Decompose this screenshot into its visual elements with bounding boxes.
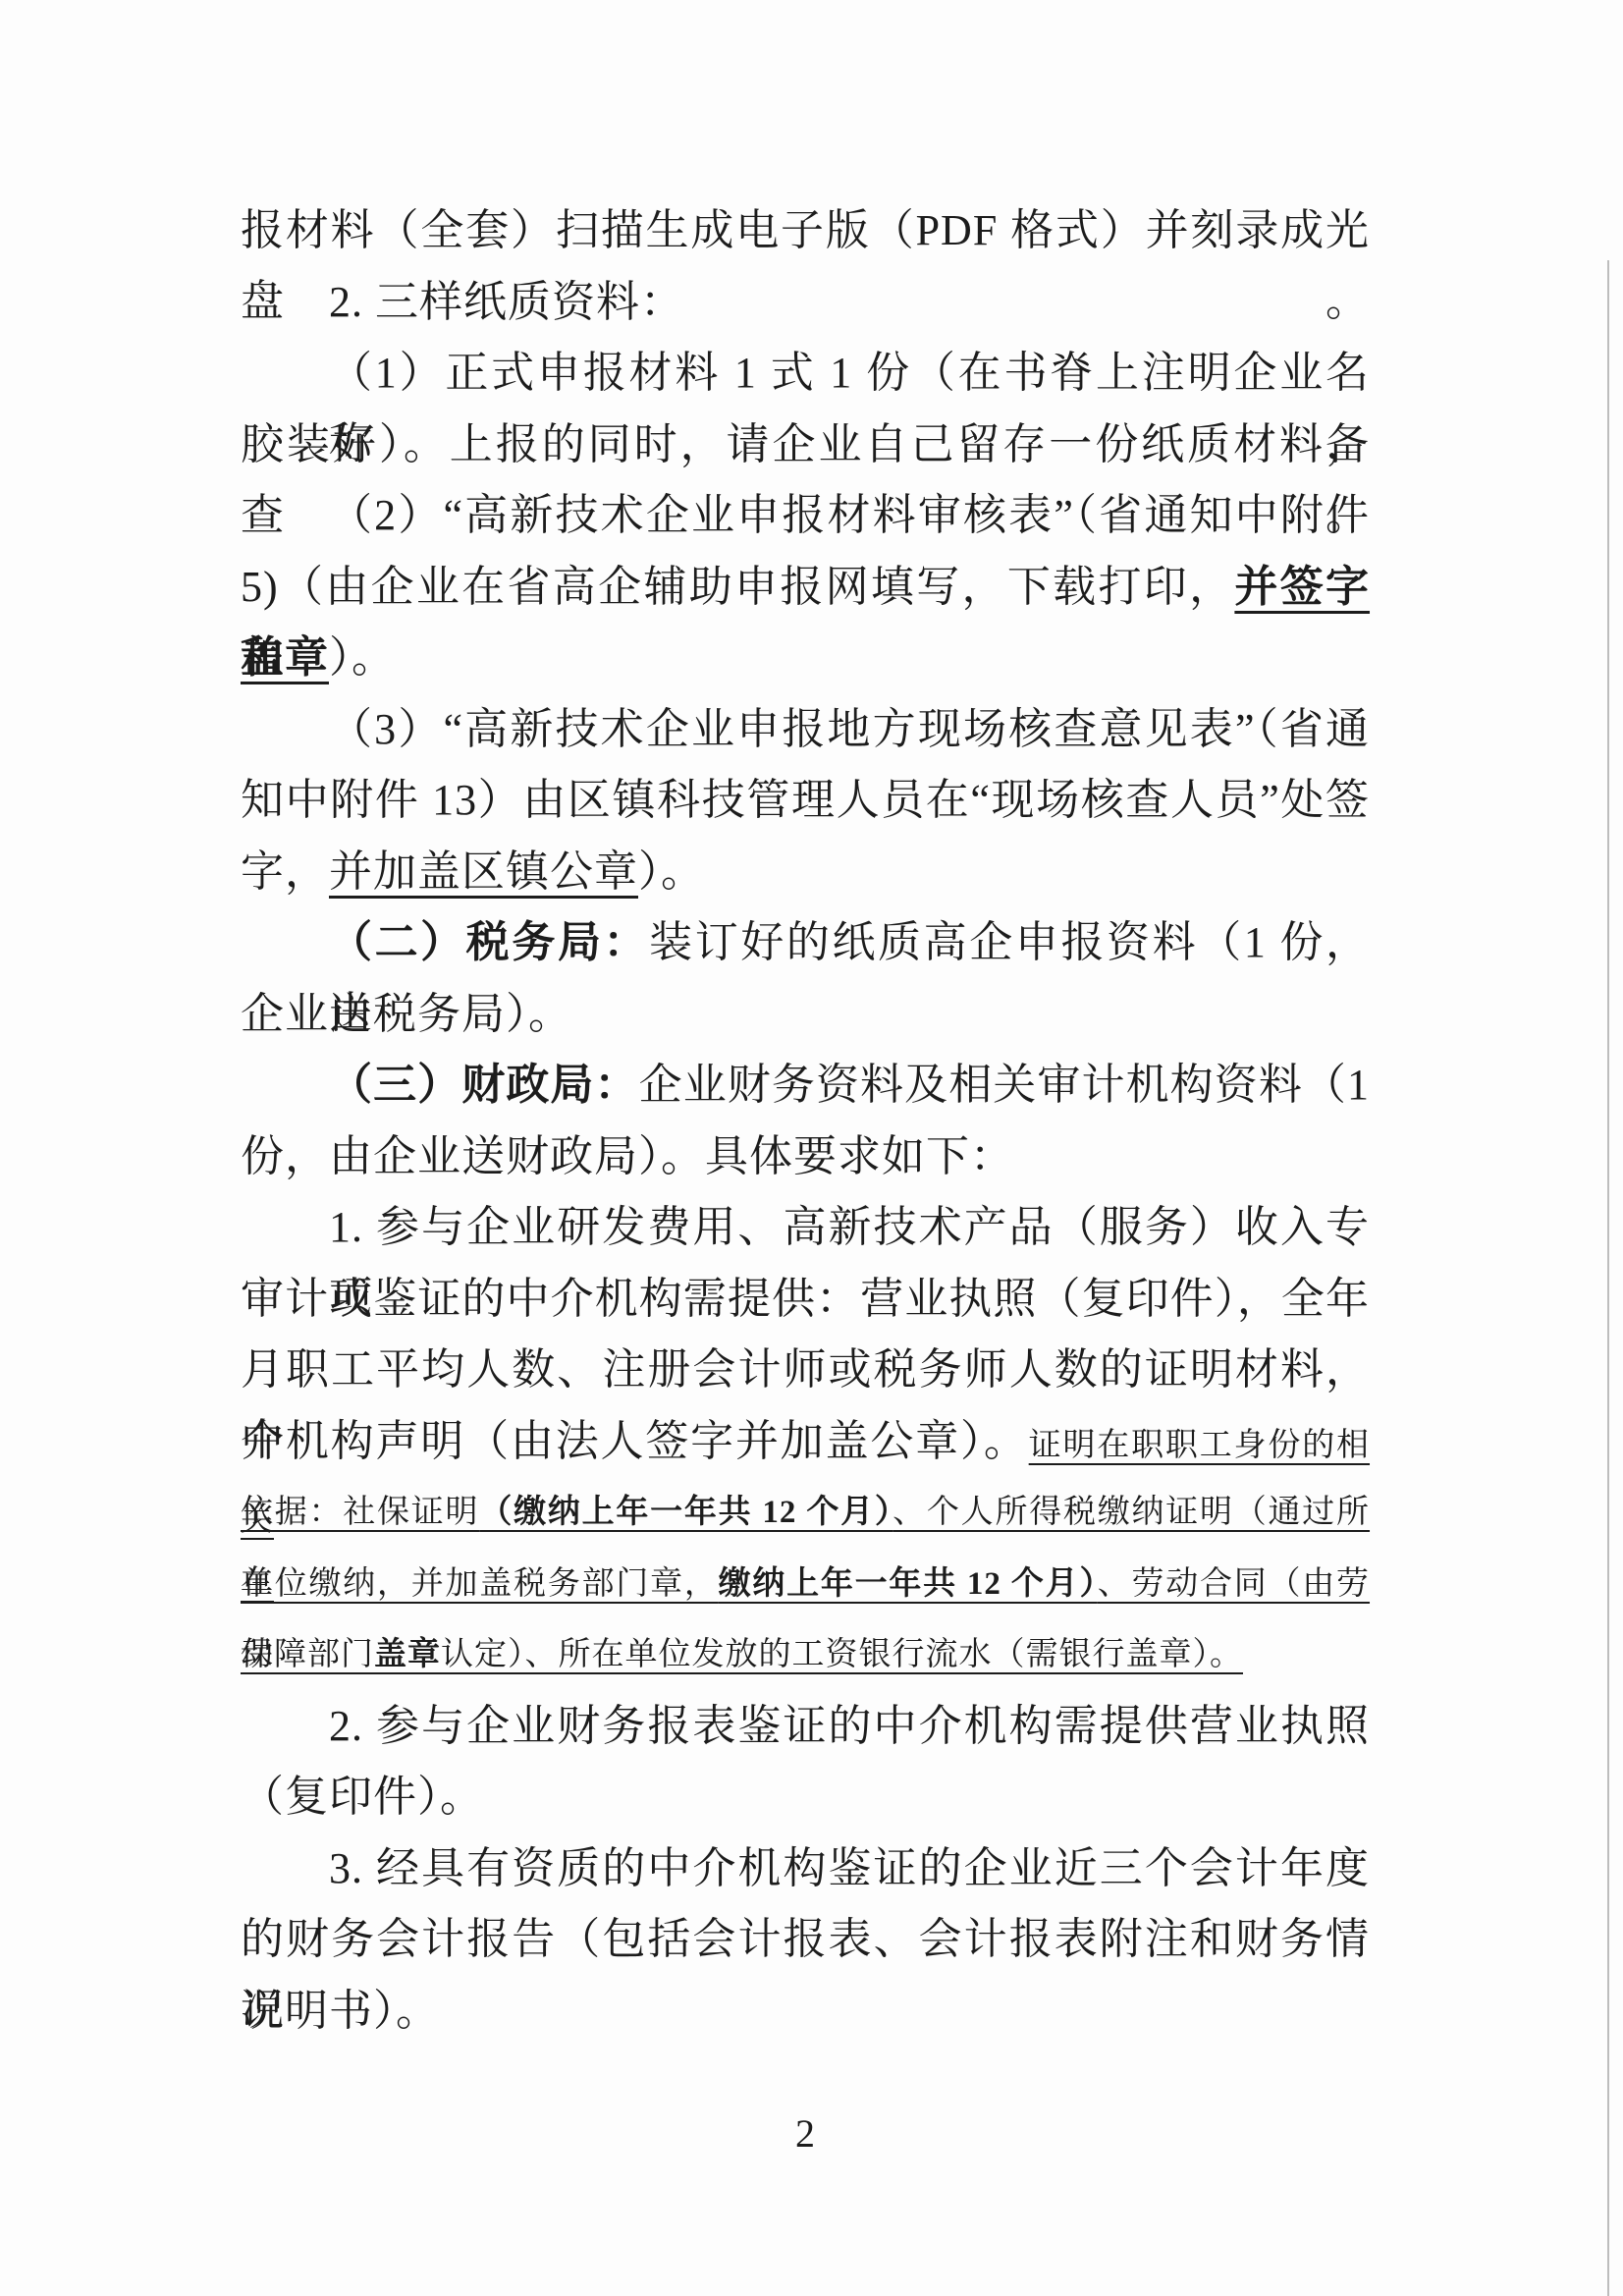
text-line: 保障部门盖章认定）、所在单位发放的工资银行流水（需银行盖章）。 (241, 1619, 1370, 1690)
text-line: 单位缴纳，并加盖税务部门章，缴纳上年一年共 12 个月）、劳动合同（由劳动 (241, 1549, 1370, 1619)
text-line: 知中附件 13）由区镇科技管理人员在“现场核查人员”处签 (241, 765, 1370, 836)
text-run: 份，由企业送财政局）。具体要求如下： (241, 1132, 1014, 1180)
text-line: （2）“高新技术企业申报材料审核表”（省通知中附件 (241, 480, 1370, 551)
text-run: （2）“高新技术企业申报材料审核表”（省通知中附件 (329, 491, 1370, 539)
text-run: 盖章 (241, 633, 329, 682)
scan-edge-line (1607, 260, 1609, 2296)
text-run: （缴纳上年一年共 12 个月） (479, 1495, 893, 1530)
text-line: 报材料（全套）扫描生成电子版（PDF 格式）并刻录成光盘。 (241, 195, 1370, 266)
text-run: 依据：社保证明 (241, 1495, 479, 1530)
text-line: 介机构声明（由法人签字并加盖公章）。证明在职职工身份的相关 (241, 1406, 1370, 1477)
text-run: ）。 (638, 847, 705, 896)
text-run: 单位缴纳，并加盖税务部门章， (241, 1566, 719, 1602)
text-line: 月职工平均人数、注册会计师或税务师人数的证明材料，中 (241, 1335, 1370, 1405)
page-number: 2 (241, 2099, 1370, 2169)
text-line: （1）正式申报材料 1 式 1 份（在书脊上注明企业名称， (241, 338, 1370, 409)
text-line: （三）财政局：企业财务资料及相关审计机构资料（1 (241, 1050, 1370, 1121)
text-line: 依据：社保证明（缴纳上年一年共 12 个月）、个人所得税缴纳证明（通过所在 (241, 1477, 1370, 1548)
text-line: 的财务会计报告（包括会计报表、会计报表附注和财务情况 (241, 1904, 1370, 1975)
text-run: 企业送税务局）。 (241, 990, 572, 1038)
text-run: 5)（由企业在省高企辅助申报网填写，下载打印， (241, 563, 1234, 611)
text-line: 审计或鉴证的中介机构需提供：营业执照（复印件），全年 (241, 1264, 1370, 1335)
text-line: 说明书）。 (241, 1976, 1370, 2047)
text-line: 字，并加盖区镇公章）。 (241, 837, 1370, 907)
text-run: 保障部门 (241, 1637, 374, 1672)
text-run: 审计或鉴证的中介机构需提供：营业执照（复印件），全年 (241, 1275, 1370, 1323)
text-run: 说明书）。 (241, 1987, 440, 2035)
text-run: 企业财务资料及相关审计机构资料（1 (639, 1061, 1370, 1109)
text-run: 并加盖区镇公章 (329, 847, 638, 896)
text-line: 3. 经具有资质的中介机构鉴证的企业近三个会计年度 (241, 1833, 1370, 1904)
text-line: 企业送税务局）。 (241, 979, 1370, 1050)
text-run: 介机构声明（由法人签字并加盖公章）。 (241, 1417, 1029, 1465)
text-line: 胶装好）。上报的同时，请企业自己留存一份纸质材料备查。 (241, 410, 1370, 480)
text-line: 份，由企业送财政局）。具体要求如下： (241, 1121, 1370, 1192)
text-line: 1. 参与企业研发费用、高新技术产品（服务）收入专项 (241, 1192, 1370, 1263)
text-run: 盖章 (374, 1637, 441, 1672)
text-line: 盖章）。 (241, 623, 1370, 693)
text-run: 2. 参与企业财务报表鉴证的中介机构需提供营业执照 (329, 1702, 1370, 1750)
text-run: 字， (241, 847, 329, 896)
text-run: 2. 三样纸质资料： (329, 278, 684, 326)
text-line: （二）税务局：装订好的纸质高企申报资料（1 份，由 (241, 907, 1370, 978)
text-line: （复印件）。 (241, 1762, 1370, 1832)
document-body: 报材料（全套）扫描生成电子版（PDF 格式）并刻录成光盘。2. 三样纸质资料：（… (0, 0, 1623, 2296)
text-line: 2. 参与企业财务报表鉴证的中介机构需提供营业执照 (241, 1691, 1370, 1762)
text-line: （3）“高新技术企业申报地方现场核查意见表”（省通 (241, 694, 1370, 765)
text-run: （复印件）。 (241, 1773, 484, 1821)
text-run: （3）“高新技术企业申报地方现场核查意见表”（省通 (329, 705, 1370, 753)
text-run: （三）财政局： (329, 1061, 639, 1109)
text-line: 5)（由企业在省高企辅助申报网填写，下载打印，并签字和 (241, 552, 1370, 623)
text-run: ）。 (329, 633, 396, 682)
text-line: 2. 三样纸质资料： (241, 267, 1370, 338)
text-run: 知中附件 13）由区镇科技管理人员在“现场核查人员”处签 (241, 776, 1370, 824)
text-run: （二）税务局： (329, 918, 649, 966)
text-run: 认定）、所在单位发放的工资银行流水（需银行盖章）。 (441, 1637, 1243, 1672)
text-run: 缴纳上年一年共 12 个月） (719, 1566, 1098, 1602)
document-page: 报材料（全套）扫描生成电子版（PDF 格式）并刻录成光盘。2. 三样纸质资料：（… (0, 0, 1623, 2296)
text-run: 3. 经具有资质的中介机构鉴证的企业近三个会计年度 (329, 1844, 1370, 1892)
